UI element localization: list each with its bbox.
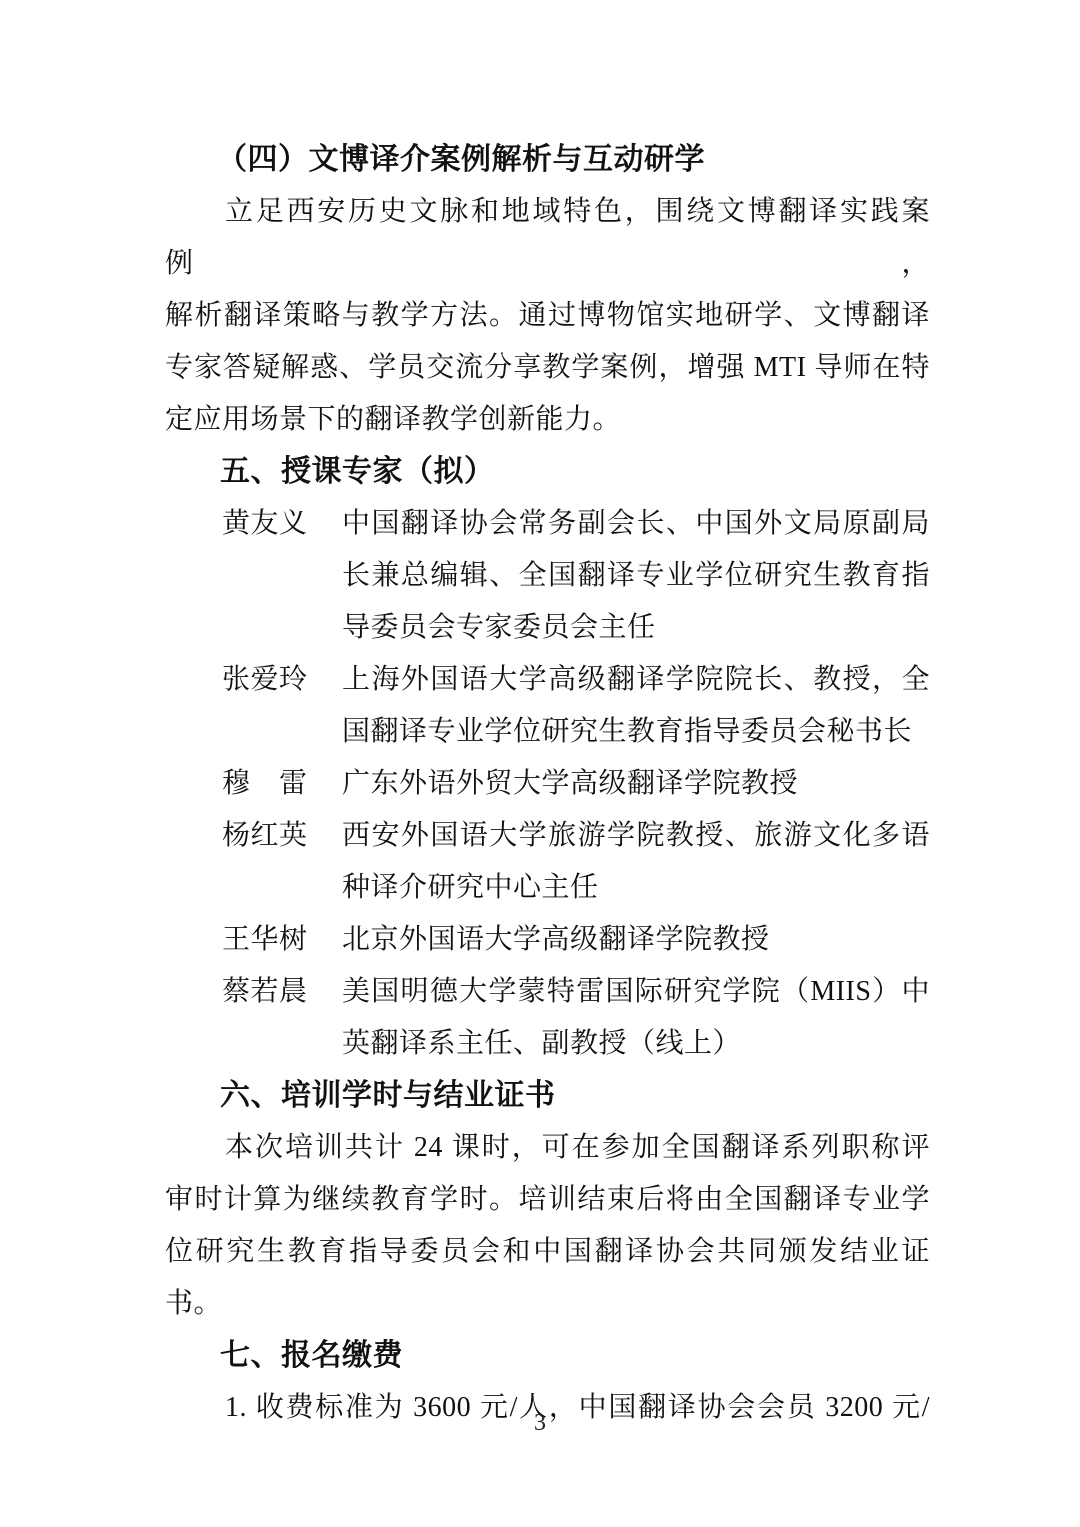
expert-name: 黄友义 (222, 498, 342, 550)
expert-name: 张爱玲 (222, 654, 342, 706)
section-4-heading: （四）文博译介案例解析与互动研学 (165, 134, 930, 186)
expert-title-line: 北京外国语大学高级翻译学院教授 (342, 914, 930, 966)
expert-title: 上海外国语大学高级翻译学院院长、教授，全 国翻译专业学位研究生教育指导委员会秘书… (342, 654, 930, 758)
expert-title-line: 中国翻译协会常务副会长、中国外文局原副局 (342, 498, 930, 550)
expert-title-line: 美国明德大学蒙特雷国际研究学院（MIIS）中 (342, 966, 930, 1018)
expert-name: 蔡若晨 (222, 966, 342, 1018)
document-page: （四）文博译介案例解析与互动研学 立足西安历史文脉和地域特色，围绕文博翻译实践案… (0, 0, 1080, 1527)
document-content: （四）文博译介案例解析与互动研学 立足西安历史文脉和地域特色，围绕文博翻译实践案… (165, 134, 930, 1434)
expert-title-line: 上海外国语大学高级翻译学院院长、教授，全 (342, 654, 930, 706)
expert-entry: 张爱玲 上海外国语大学高级翻译学院院长、教授，全 国翻译专业学位研究生教育指导委… (222, 654, 930, 758)
expert-name: 穆 雷 (222, 758, 342, 810)
section-6-paragraph-line: 本次培训共计 24 课时，可在参加全国翻译系列职称评 (165, 1122, 930, 1174)
expert-title-line: 导委员会专家委员会主任 (342, 602, 930, 654)
expert-title-line: 英翻译系主任、副教授（线上） (342, 1018, 930, 1070)
expert-entry: 蔡若晨 美国明德大学蒙特雷国际研究学院（MIIS）中 英翻译系主任、副教授（线上… (222, 966, 930, 1070)
expert-entry: 穆 雷 广东外语外贸大学高级翻译学院教授 (222, 758, 930, 810)
expert-entry: 黄友义 中国翻译协会常务副会长、中国外文局原副局 长兼总编辑、全国翻译专业学位研… (222, 498, 930, 654)
section-4-paragraph-line: 立足西安历史文脉和地域特色，围绕文博翻译实践案例， (165, 186, 930, 290)
page-number: 3 (0, 1408, 1080, 1438)
expert-title: 中国翻译协会常务副会长、中国外文局原副局 长兼总编辑、全国翻译专业学位研究生教育… (342, 498, 930, 654)
expert-title-line: 国翻译专业学位研究生教育指导委员会秘书长 (342, 706, 930, 758)
section-4-paragraph-line: 专家答疑解惑、学员交流分享教学案例，增强 MTI 导师在特 (165, 342, 930, 394)
expert-title: 北京外国语大学高级翻译学院教授 (342, 914, 930, 966)
section-4-paragraph-line: 定应用场景下的翻译教学创新能力。 (165, 394, 930, 446)
section-7-heading: 七、报名缴费 (165, 1330, 930, 1382)
section-6-paragraph-line: 审时计算为继续教育学时。培训结束后将由全国翻译专业学 (165, 1174, 930, 1226)
expert-title-line: 西安外国语大学旅游学院教授、旅游文化多语 (342, 810, 930, 862)
expert-title-line: 种译介研究中心主任 (342, 862, 930, 914)
section-6-paragraph-line: 位研究生教育指导委员会和中国翻译协会共同颁发结业证 (165, 1226, 930, 1278)
expert-name: 王华树 (222, 914, 342, 966)
section-6-heading: 六、培训学时与结业证书 (165, 1070, 930, 1122)
expert-title-line: 长兼总编辑、全国翻译专业学位研究生教育指 (342, 550, 930, 602)
expert-title: 西安外国语大学旅游学院教授、旅游文化多语 种译介研究中心主任 (342, 810, 930, 914)
expert-title-line: 广东外语外贸大学高级翻译学院教授 (342, 758, 930, 810)
section-5-heading: 五、授课专家（拟） (165, 446, 930, 498)
section-6-paragraph-line: 书。 (165, 1278, 930, 1330)
expert-title: 广东外语外贸大学高级翻译学院教授 (342, 758, 930, 810)
expert-title: 美国明德大学蒙特雷国际研究学院（MIIS）中 英翻译系主任、副教授（线上） (342, 966, 930, 1070)
section-4-paragraph-line: 解析翻译策略与教学方法。通过博物馆实地研学、文博翻译 (165, 290, 930, 342)
expert-entry: 王华树 北京外国语大学高级翻译学院教授 (222, 914, 930, 966)
expert-name: 杨红英 (222, 810, 342, 862)
expert-entry: 杨红英 西安外国语大学旅游学院教授、旅游文化多语 种译介研究中心主任 (222, 810, 930, 914)
